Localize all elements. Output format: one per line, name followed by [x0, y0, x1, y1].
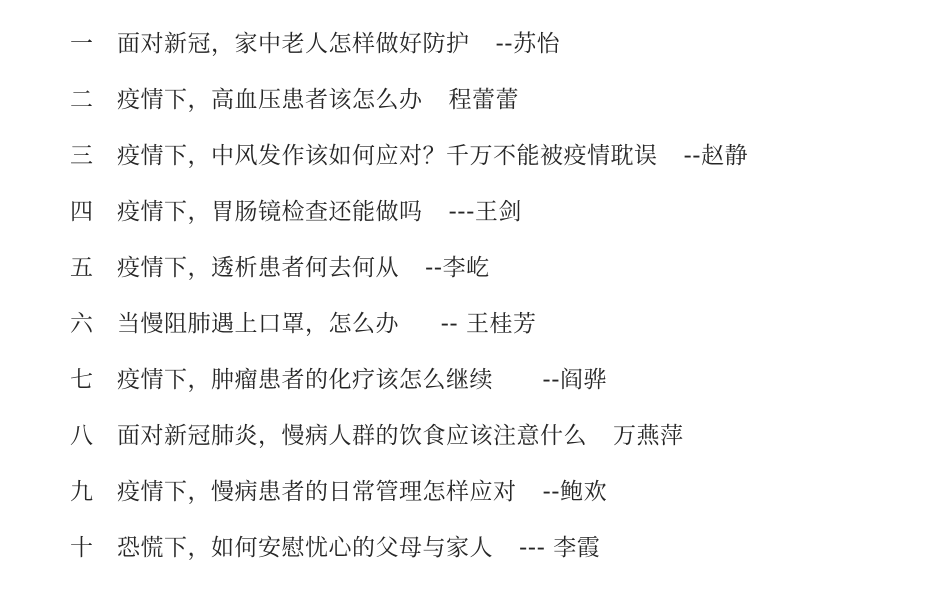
- item-number: 三: [70, 137, 117, 170]
- item-author: --- 李霞: [519, 529, 600, 562]
- item-number: 四: [70, 193, 117, 226]
- item-author: 万燕萍: [613, 417, 684, 450]
- item-author: ---王剑: [449, 193, 522, 226]
- item-title: 面对新冠肺炎，慢病人群的饮食应该注意什么: [117, 417, 587, 450]
- item-title: 当慢阻肺遇上口罩，怎么办: [117, 305, 399, 338]
- list-item: 二 疫情下，高血压患者该怎么办 程蕾蕾: [70, 69, 919, 125]
- list-item: 七 疫情下，肿瘤患者的化疗该怎么继续 --阎骅: [70, 349, 919, 405]
- item-number: 七: [70, 361, 117, 394]
- item-author: --鲍欢: [543, 473, 608, 506]
- item-author: --苏怡: [496, 25, 561, 58]
- item-title: 面对新冠，家中老人怎样做好防护: [117, 25, 470, 58]
- item-title: 疫情下，慢病患者的日常管理怎样应对: [117, 473, 517, 506]
- item-author: -- 王桂芳: [425, 305, 537, 338]
- item-author: --阎骅: [519, 361, 607, 394]
- document-page: 一 面对新冠，家中老人怎样做好防护 --苏怡 二 疫情下，高血压患者该怎么办 程…: [0, 0, 939, 612]
- item-number: 九: [70, 473, 117, 506]
- list-item: 一 面对新冠，家中老人怎样做好防护 --苏怡: [70, 13, 919, 69]
- item-number: 十: [70, 529, 117, 562]
- item-number: 八: [70, 417, 117, 450]
- list-item: 三 疫情下，中风发作该如何应对？千万不能被疫情耽误 --赵静: [70, 125, 919, 181]
- list-item: 六 当慢阻肺遇上口罩，怎么办 -- 王桂芳: [70, 293, 919, 349]
- list-item: 九 疫情下，慢病患者的日常管理怎样应对 --鲍欢: [70, 461, 919, 517]
- item-author: --李屹: [425, 249, 490, 282]
- item-title: 疫情下，高血压患者该怎么办: [117, 81, 423, 114]
- item-title: 恐慌下，如何安慰忧心的父母与家人: [117, 529, 493, 562]
- item-title: 疫情下，中风发作该如何应对？千万不能被疫情耽误: [117, 137, 658, 170]
- item-author: 程蕾蕾: [449, 81, 520, 114]
- list-item: 四 疫情下，胃肠镜检查还能做吗 ---王剑: [70, 181, 919, 237]
- list-item: 五 疫情下，透析患者何去何从 --李屹: [70, 237, 919, 293]
- item-number: 一: [70, 25, 117, 58]
- list-item: 八 面对新冠肺炎，慢病人群的饮食应该注意什么 万燕萍: [70, 405, 919, 461]
- list-item: 十 恐慌下，如何安慰忧心的父母与家人 --- 李霞: [70, 517, 919, 573]
- item-title: 疫情下，透析患者何去何从: [117, 249, 399, 282]
- item-number: 六: [70, 305, 117, 338]
- item-author: --赵静: [684, 137, 749, 170]
- item-number: 五: [70, 249, 117, 282]
- item-title: 疫情下，胃肠镜检查还能做吗: [117, 193, 423, 226]
- item-title: 疫情下，肿瘤患者的化疗该怎么继续: [117, 361, 493, 394]
- item-number: 二: [70, 81, 117, 114]
